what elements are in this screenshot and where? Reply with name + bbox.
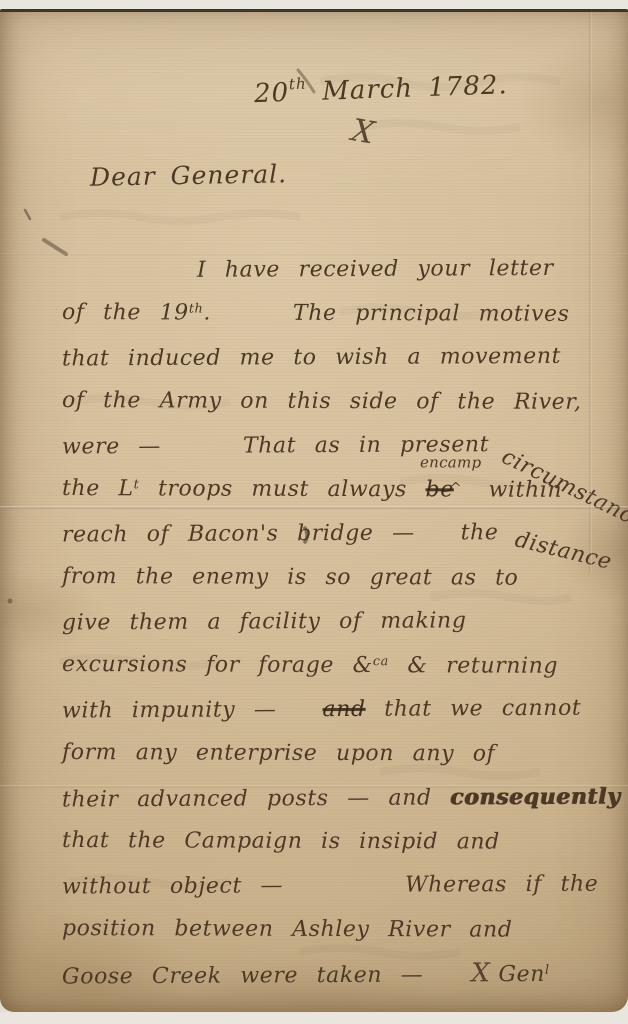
insertion-caret: ^ bbox=[450, 466, 462, 510]
letter-line: position between Ashley River and bbox=[62, 907, 622, 953]
letter-body: I have received your letterof the 19th.T… bbox=[62, 248, 622, 996]
x-mark: X bbox=[471, 958, 490, 988]
fold-crease bbox=[0, 253, 628, 255]
text-segment: from the enemy is so great as to bbox=[62, 564, 518, 591]
letter-paper: 20th March 1782. X Dear General. I have … bbox=[0, 9, 628, 1012]
letter-line: form any enterprise upon any of bbox=[62, 731, 622, 777]
superscript: t bbox=[134, 477, 140, 492]
letter-line: with impunity —and that we cannot bbox=[62, 687, 622, 734]
letter-line: were —That as in present circumstances bbox=[62, 423, 622, 470]
text-segment: position between Ashley River and bbox=[62, 916, 513, 943]
letter-line: of the 19th.The principal motives bbox=[62, 291, 622, 337]
vertical-crease bbox=[589, 12, 592, 572]
date-ordinal: th bbox=[289, 74, 307, 93]
letter-line: give them a facility of making bbox=[62, 599, 622, 646]
text-segment: reach of Bacon's bridge — bbox=[62, 521, 415, 548]
text-segment: with impunity — bbox=[62, 697, 277, 723]
text-segment: the bbox=[461, 520, 518, 545]
letter-line: from the enemy is so great as to bbox=[62, 555, 622, 601]
text-segment: that the Campaign is insipid and bbox=[62, 828, 500, 855]
text-segment: give them a facility of making bbox=[62, 608, 467, 635]
text-segment: that induced me to wish a movement bbox=[62, 344, 561, 372]
superscript: th bbox=[189, 301, 204, 316]
text-segment: Gen bbox=[498, 962, 545, 987]
text-segment: of the Army on this side of the River, bbox=[62, 388, 582, 415]
superscript: ca bbox=[373, 654, 389, 669]
letter-line: of the Army on this side of the River, bbox=[62, 379, 622, 425]
letter-line: Goose Creek were taken —XGenl bbox=[62, 951, 622, 998]
word-gap bbox=[62, 277, 197, 278]
superscript: l bbox=[545, 963, 550, 978]
letter-line: reach of Bacon's bridge —the distance bbox=[62, 511, 622, 558]
date-day: 20 bbox=[254, 78, 290, 109]
inserted-word: encamp^ bbox=[454, 474, 470, 496]
text-segment: & returning bbox=[389, 653, 558, 679]
text-segment: excursions for forage & bbox=[62, 652, 373, 678]
text-segment: of the 19 bbox=[62, 300, 189, 325]
struck-out-word: and bbox=[322, 697, 365, 722]
word-gap bbox=[283, 892, 405, 893]
letter-line: without object —Whereas if the bbox=[62, 863, 622, 910]
text-segment: were — bbox=[62, 434, 161, 460]
salutation: Dear General. bbox=[90, 159, 288, 191]
text-segment: troops must always bbox=[139, 476, 425, 502]
text-segment: form any enterprise upon any of bbox=[62, 740, 495, 767]
letter-line: that induced me to wish a movement bbox=[62, 335, 622, 382]
fold-crease bbox=[0, 506, 628, 509]
text-segment: Whereas if the bbox=[405, 872, 598, 898]
text-segment: Goose Creek were taken — bbox=[62, 963, 423, 990]
text-segment: I have received your letter bbox=[197, 256, 554, 283]
text-segment: the L bbox=[62, 476, 134, 501]
fold-crease bbox=[0, 785, 628, 788]
text-segment: their advanced posts — and bbox=[62, 785, 450, 812]
text-segment: The principal motives bbox=[293, 301, 570, 327]
letter-line: excursions for forage &ca & returning bbox=[62, 643, 622, 689]
letter-line: their advanced posts — and consequently bbox=[62, 775, 622, 822]
scanned-letter-page: 20th March 1782. X Dear General. I have … bbox=[0, 0, 628, 1024]
letter-line: that the Campaign is insipid and bbox=[62, 819, 622, 865]
text-segment: without object — bbox=[62, 873, 283, 899]
text-segment: . bbox=[203, 301, 211, 326]
text-segment: that we cannot bbox=[366, 696, 582, 722]
text-segment: within bbox=[470, 477, 562, 502]
